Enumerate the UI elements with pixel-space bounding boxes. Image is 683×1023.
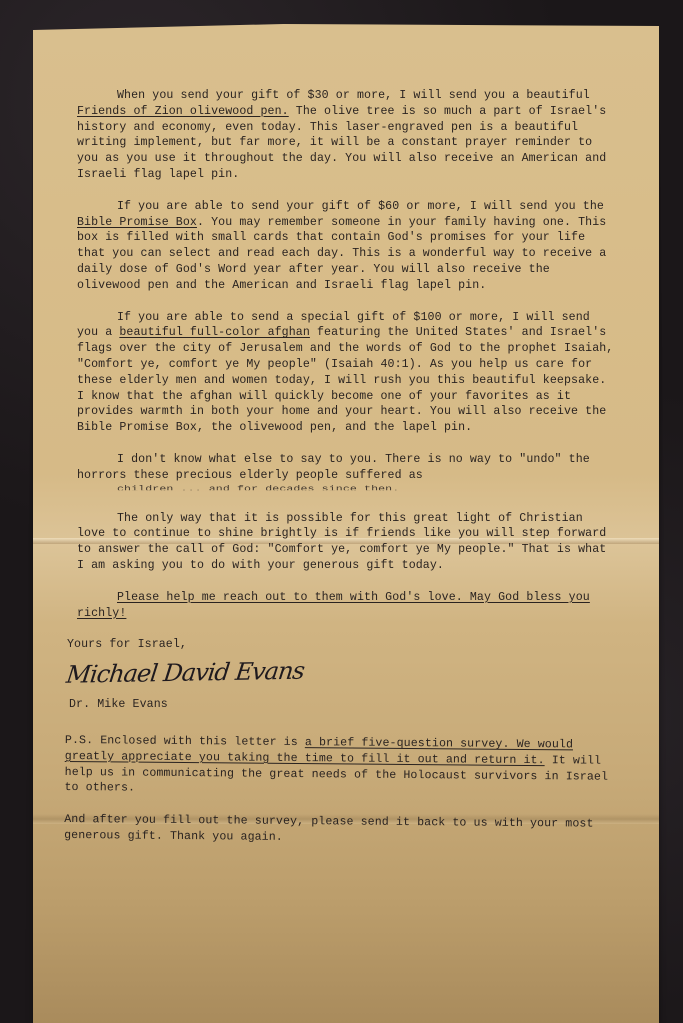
postscript-survey: P.S. Enclosed with this letter is a brie…	[64, 733, 617, 801]
underlined-gift-afghan: beautiful full-color afghan	[119, 326, 310, 339]
handwritten-signature: Michael David Evans	[65, 658, 618, 683]
paragraph-afghan: If you are able to send a special gift o…	[77, 310, 617, 436]
paragraph-undo-horrors: I don't know what else to say to you. Th…	[77, 452, 617, 493]
underlined-appeal: Please help me reach out to them with Go…	[77, 591, 590, 620]
postscript-send-back: And after you fill out the survey, pleas…	[64, 812, 616, 848]
signer-name: Dr. Mike Evans	[69, 697, 617, 713]
paragraph-olivewood-pen: When you send your gift of $30 or more, …	[77, 88, 617, 183]
underlined-gift-pen: Friends of Zion olivewood pen.	[77, 105, 289, 118]
paragraph-christian-love: The only way that it is possible for thi…	[77, 511, 617, 574]
postscript: P.S. Enclosed with this letter is a brie…	[64, 733, 617, 849]
paragraph-please-help: Please help me reach out to them with Go…	[77, 590, 617, 622]
paragraph-bible-promise-box: If you are able to send your gift of $60…	[77, 199, 617, 294]
underlined-gift-box: Bible Promise Box	[77, 216, 197, 229]
letter-body: When you send your gift of $30 or more, …	[77, 88, 617, 859]
closing-salutation: Yours for Israel,	[67, 637, 617, 653]
fold-obscured-line: children ... and for decades since then.	[77, 484, 617, 490]
